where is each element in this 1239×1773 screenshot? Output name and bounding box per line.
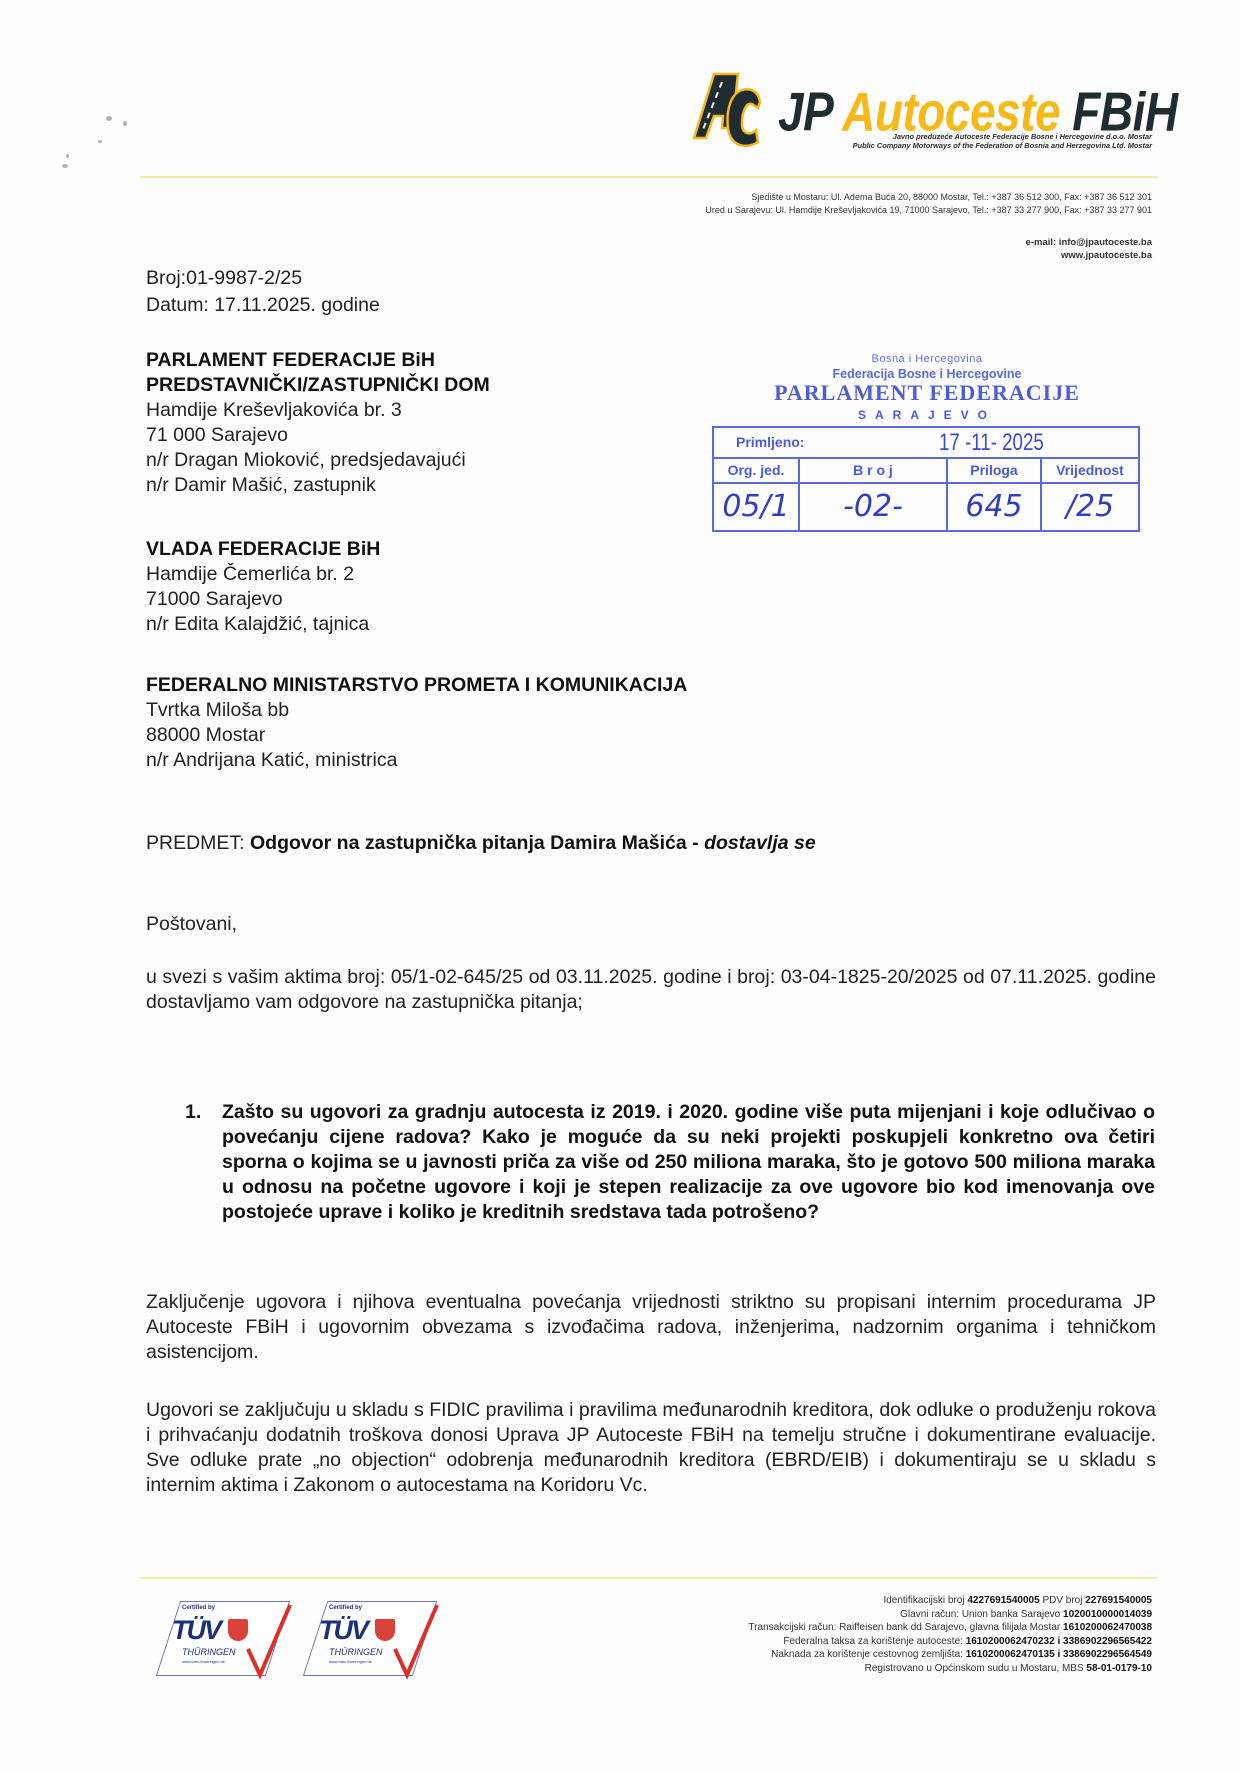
web-contacts: e-mail: info@jpautoceste.ba www.jpautoce… <box>1026 236 1152 262</box>
subject-line: PREDMET: Odgovor na zastupnička pitanja … <box>146 832 816 855</box>
answer-paragraph: Ugovori se zaključuju u skladu s FIDIC p… <box>146 1398 1156 1498</box>
stamp-attachments: 645 <box>948 484 1042 530</box>
stamp-number: -02- <box>800 484 948 530</box>
received-stamp: Bosna i Hercegovina Federacija Bosne i H… <box>712 353 1142 553</box>
company-logo: JP Autoceste FBiH Javno preduzeće Autoce… <box>692 68 1172 158</box>
answer-paragraph: Zaključenje ugovora i njihova eventualna… <box>146 1290 1156 1365</box>
recipient-parliament: PARLAMENT FEDERACIJE BiH PREDSTAVNIČKI/Z… <box>146 348 490 498</box>
recipient-ministry: FEDERALNO MINISTARSTVO PROMETA I KOMUNIK… <box>146 673 687 773</box>
stamp-org-unit: 05/1 <box>714 484 800 530</box>
checkmark-icon <box>391 1601 441 1681</box>
document-reference: Broj:01-9987-2/25 Datum: 17.11.2025. god… <box>146 265 380 319</box>
reference-number: Broj:01-9987-2/25 <box>146 265 380 292</box>
reference-date: Datum: 17.11.2025. godine <box>146 292 380 319</box>
footer-divider <box>140 1577 1158 1579</box>
recipient-government: VLADA FEDERACIJE BiH Hamdije Čemerlića b… <box>146 537 380 637</box>
email-link[interactable]: e-mail: info@jpautoceste.ba <box>1026 236 1152 249</box>
company-subtitle: Javno preduzeće Autoceste Federacije Bos… <box>853 132 1152 150</box>
stamp-date: 17 -11- 2025 <box>939 429 1044 457</box>
intro-paragraph: u svezi s vašim aktima broj: 05/1-02-645… <box>146 965 1156 1015</box>
tuv-certification-badge: Certified by TÜV THÜRINGEN www.tuev-thue… <box>162 1595 297 1680</box>
contact-info: Sjedište u Mostaru: Ul. Adema Buća 20, 8… <box>705 191 1152 217</box>
website-link[interactable]: www.jpautoceste.ba <box>1026 249 1152 262</box>
footer-company-info: Identifikacijski broj 4227691540005 PDV … <box>748 1594 1152 1675</box>
ac-logo-icon <box>692 68 764 152</box>
checkmark-icon <box>244 1601 294 1681</box>
stamp-table: Primljeno: 17 -11- 2025 Org. jed. B r o … <box>712 426 1140 532</box>
header-divider <box>140 176 1158 178</box>
greeting: Poštovani, <box>146 913 237 936</box>
stamp-value: /25 <box>1042 484 1138 530</box>
tuv-certification-badge: Certified by TÜV THÜRINGEN www.tuev-thue… <box>309 1595 444 1680</box>
